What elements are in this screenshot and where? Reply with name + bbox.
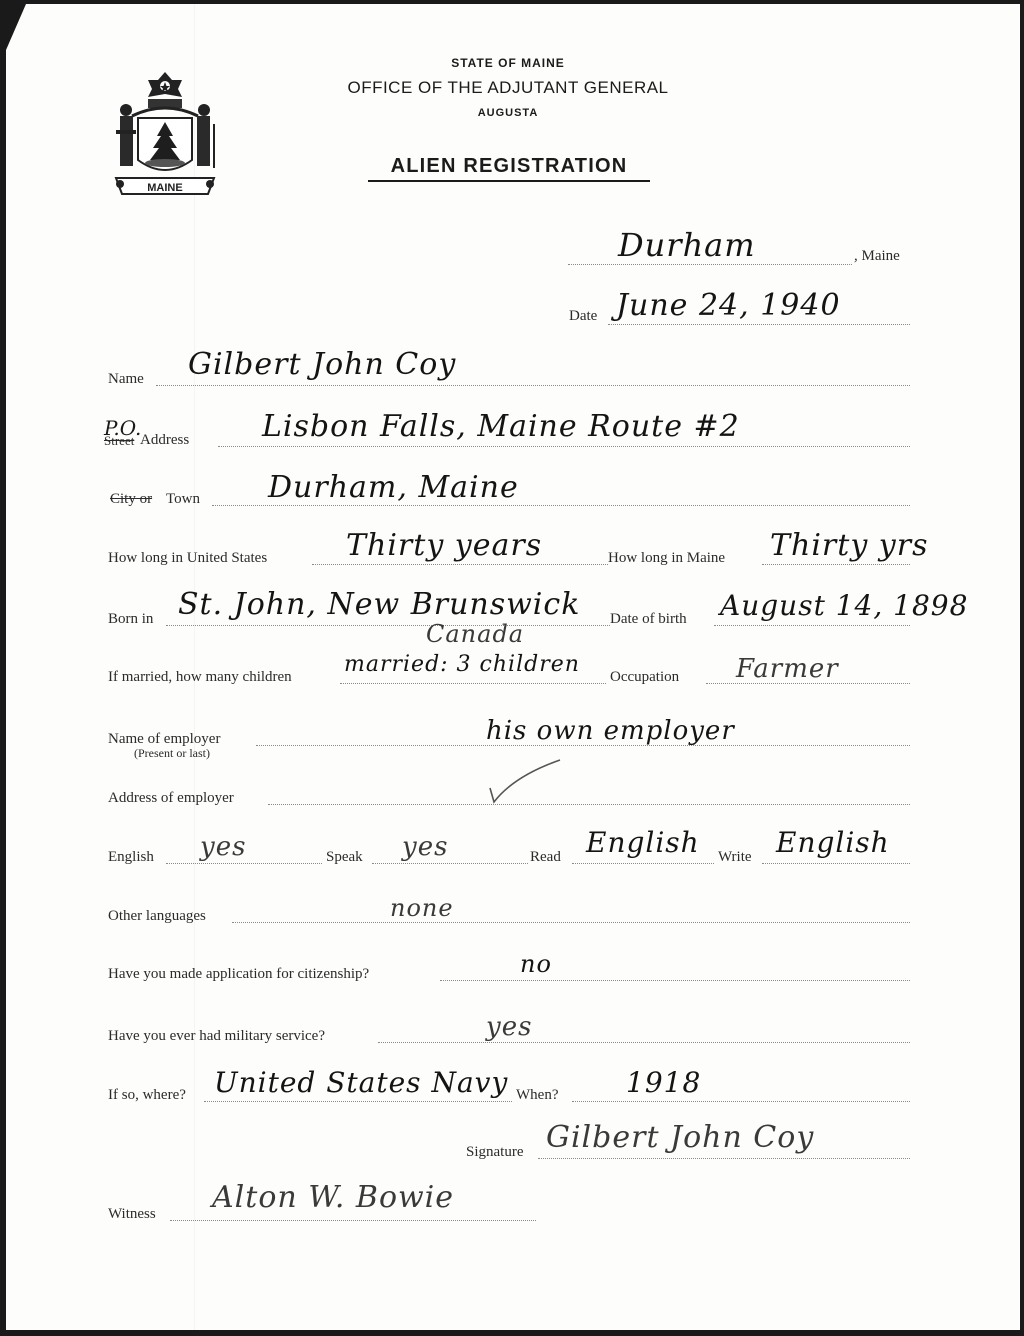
other-languages-label: Other languages [108,908,206,925]
date-of-birth-value[interactable]: August 14, 1898 [720,589,968,622]
employer-name-value[interactable]: his own employer [486,716,735,746]
speak-value[interactable]: yes [402,832,448,862]
citizenship-label: Have you made application for citizenshi… [108,966,369,983]
header-state: STATE OF MAINE [268,56,748,70]
speak-label: Speak [326,849,363,866]
address-value[interactable]: Lisbon Falls, Maine Route #2 [262,409,740,444]
english-value[interactable]: yes [200,832,246,862]
english-label: English [108,849,154,866]
header-office: OFFICE OF THE ADJUTANT GENERAL [268,78,748,98]
citizenship-value[interactable]: no [520,950,552,978]
how-long-maine-label: How long in Maine [608,550,725,567]
children-value[interactable]: married: 3 children [344,652,580,677]
occupation-value[interactable]: Farmer [736,654,839,684]
employer-name-sublabel: (Present or last) [134,746,210,761]
date-value[interactable]: June 24, 1940 [616,288,841,323]
military-service-label: Have you ever had military service? [108,1028,325,1045]
born-in-country-value[interactable]: Canada [426,620,524,648]
maine-label: , Maine [854,248,900,265]
city-value[interactable]: Durham, Maine [268,470,519,505]
paper-fold-line [194,4,195,1330]
military-when-value[interactable]: 1918 [626,1066,701,1099]
address-label: Address [140,432,189,449]
born-in-label: Born in [108,611,153,628]
born-in-value[interactable]: St. John, New Brunswick [178,587,580,622]
write-value[interactable]: English [776,826,890,859]
registration-form-page: MAINE STATE OF MAINE OFFICE OF THE ADJUT… [6,4,1020,1330]
checkmark-icon [484,756,564,806]
military-where-label: If so, where? [108,1087,186,1104]
torn-corner [6,4,26,50]
witness-value[interactable]: Alton W. Bowie [212,1180,454,1215]
write-label: Write [718,849,752,866]
how-long-us-value[interactable]: Thirty years [346,528,542,563]
town-label: Town [166,491,200,508]
date-of-birth-label: Date of birth [610,611,687,628]
signature-value[interactable]: Gilbert John Coy [546,1120,814,1155]
employer-address-label: Address of employer [108,790,234,807]
military-when-label: When? [516,1087,558,1104]
read-value[interactable]: English [586,826,700,859]
children-label: If married, how many children [108,669,292,686]
occupation-label: Occupation [610,669,679,686]
name-label: Name [108,371,144,388]
header-city: AUGUSTA [268,107,748,119]
how-long-maine-value[interactable]: Thirty yrs [770,528,929,563]
how-long-us-label: How long in United States [108,550,267,567]
form-title: ALIEN REGISTRATION [368,155,650,182]
witness-label: Witness [108,1206,156,1223]
military-service-value[interactable]: yes [486,1012,532,1042]
military-where-value[interactable]: United States Navy [214,1066,508,1099]
other-languages-value[interactable]: none [390,894,454,922]
signature-label: Signature [466,1144,524,1161]
svg-text:MAINE: MAINE [147,182,182,194]
read-label: Read [530,849,561,866]
town-value[interactable]: Durham [618,226,756,264]
name-value[interactable]: Gilbert John Coy [188,347,456,382]
date-label: Date [569,308,597,325]
maine-state-seal-icon: MAINE [110,70,220,202]
city-or-struck-label: City or [110,491,152,508]
street-struck-label: Street [104,433,134,449]
